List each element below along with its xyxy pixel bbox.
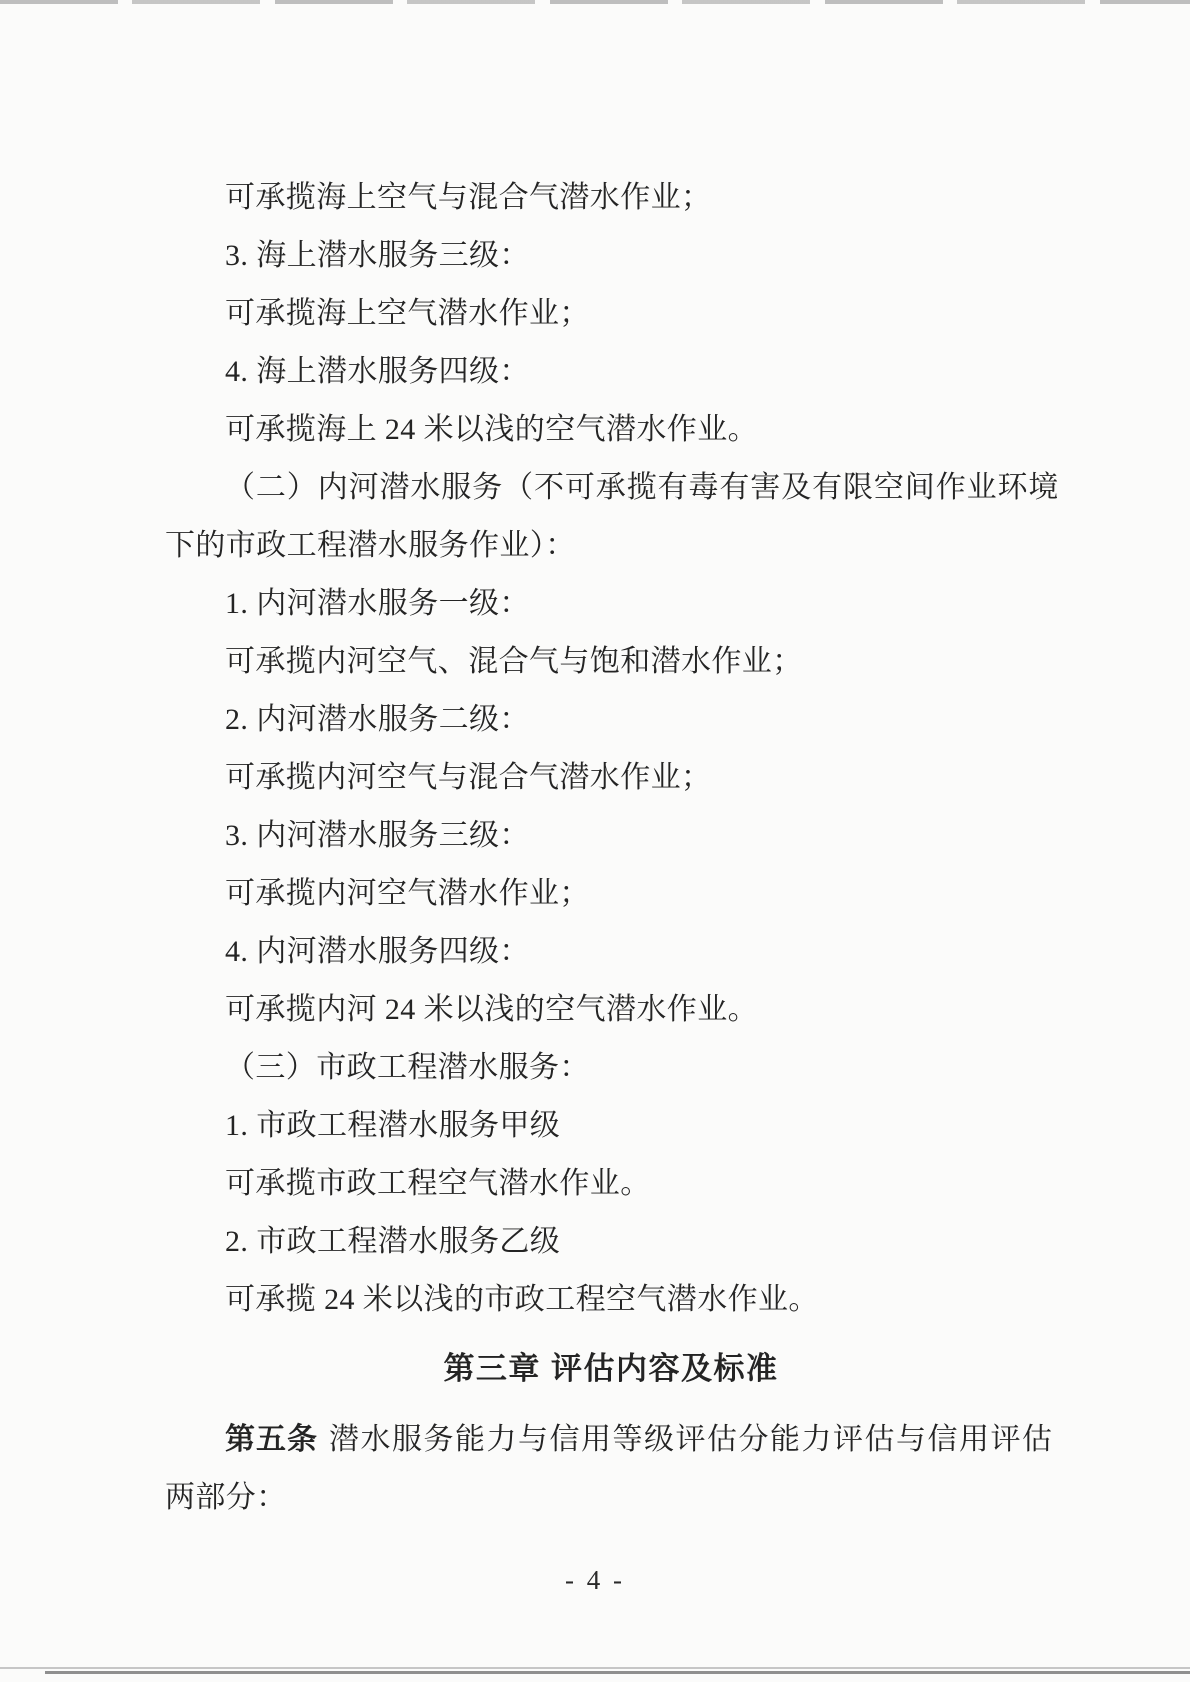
text-line: 1. 内河潜水服务一级：: [165, 575, 1057, 633]
text-line: 可承揽海上空气潜水作业；: [165, 285, 1057, 343]
text-line: 可承揽内河空气潜水作业；: [165, 865, 1057, 923]
text-line: 2. 市政工程潜水服务乙级: [165, 1213, 1057, 1271]
text-line: 2. 内河潜水服务二级：: [165, 691, 1057, 749]
text-line: 下的市政工程潜水服务作业）：: [165, 517, 1057, 575]
text-line: 4. 内河潜水服务四级：: [165, 923, 1057, 981]
article-first-line: 第五条潜水服务能力与信用等级评估分能力评估与信用评估: [165, 1411, 1057, 1469]
scan-bottom-edge-artifact-dark: [45, 1671, 1190, 1674]
text-line: 两部分：: [165, 1469, 1057, 1527]
text-line: 可承揽市政工程空气潜水作业。: [165, 1155, 1057, 1213]
chapter-heading: 第三章 评估内容及标准: [165, 1340, 1057, 1398]
article-number-label: 第五条: [225, 1423, 318, 1456]
text-line: 可承揽内河 24 米以浅的空气潜水作业。: [165, 981, 1057, 1039]
text-line: 3. 海上潜水服务三级：: [165, 227, 1057, 285]
text-line: 3. 内河潜水服务三级：: [165, 807, 1057, 865]
scan-bottom-edge-artifact: [0, 1667, 1190, 1669]
article-text: 潜水服务能力与信用等级评估分能力评估与信用评估: [329, 1423, 1054, 1456]
text-line: （二）内河潜水服务（不可承揽有毒有害及有限空间作业环境: [165, 459, 1057, 517]
text-line: 可承揽 24 米以浅的市政工程空气潜水作业。: [165, 1271, 1057, 1329]
text-line: 可承揽内河空气与混合气潜水作业；: [165, 749, 1057, 807]
text-line: 可承揽海上 24 米以浅的空气潜水作业。: [165, 401, 1057, 459]
scan-top-edge-artifact: [0, 0, 1190, 4]
text-line: （三）市政工程潜水服务：: [165, 1039, 1057, 1097]
document-body: 可承揽海上空气与混合气潜水作业； 3. 海上潜水服务三级： 可承揽海上空气潜水作…: [165, 169, 1057, 1527]
text-line: 4. 海上潜水服务四级：: [165, 343, 1057, 401]
document-page: 可承揽海上空气与混合气潜水作业； 3. 海上潜水服务三级： 可承揽海上空气潜水作…: [0, 0, 1190, 1682]
page-number: - 4 -: [0, 1560, 1190, 1600]
text-line: 可承揽内河空气、混合气与饱和潜水作业；: [165, 633, 1057, 691]
text-line: 可承揽海上空气与混合气潜水作业；: [165, 169, 1057, 227]
text-line: 1. 市政工程潜水服务甲级: [165, 1097, 1057, 1155]
